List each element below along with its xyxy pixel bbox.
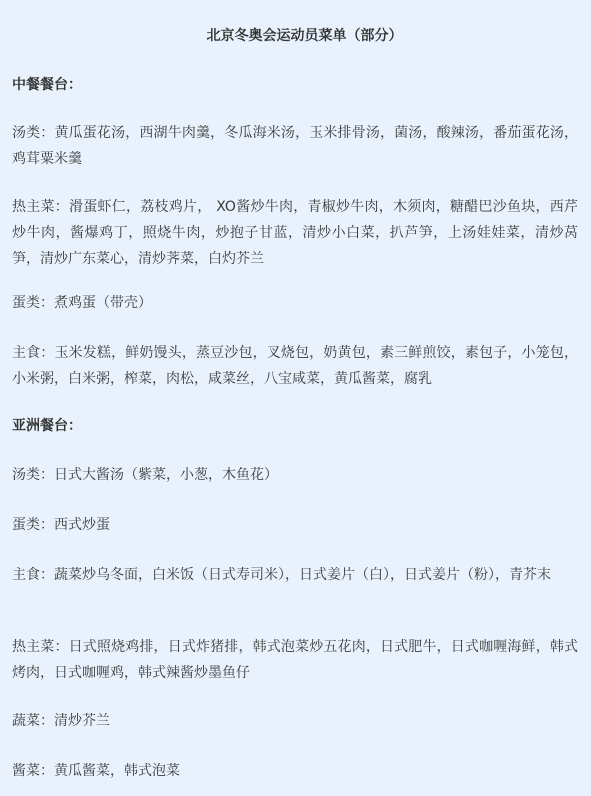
- page-title: 北京冬奥会运动员菜单（部分）: [0, 26, 591, 46]
- menu-item-asian-eggs: 蛋类：西式炒蛋: [12, 512, 578, 538]
- menu-item-asian-pickles: 酱菜：黄瓜酱菜，韩式泡菜: [12, 758, 578, 784]
- menu-item-asian-hot-dishes: 热主菜：日式照烧鸡排，日式炸猪排，韩式泡菜炒五花肉，日式肥牛，日式咖喱海鲜，韩式…: [12, 634, 578, 686]
- menu-item-chinese-staples: 主食：玉米发糕，鲜奶馒头，蒸豆沙包，叉烧包，奶黄包，素三鲜煎饺，素包子，小笼包，…: [12, 340, 578, 392]
- section-heading-asian-buffet: 亚洲餐台：: [12, 416, 82, 436]
- menu-item-chinese-hot-dishes: 热主菜：滑蛋虾仁，荔枝鸡片， XO酱炒牛肉，青椒炒牛肉，木须肉，糖醋巴沙鱼块，西…: [12, 194, 578, 272]
- menu-item-asian-soups: 汤类：日式大酱汤（紫菜，小葱，木鱼花）: [12, 462, 578, 488]
- section-heading-chinese-buffet: 中餐餐台：: [12, 75, 82, 95]
- menu-item-chinese-eggs: 蛋类：煮鸡蛋（带壳）: [12, 290, 578, 316]
- menu-document: 北京冬奥会运动员菜单（部分） 中餐餐台： 汤类：黄瓜蛋花汤，西湖牛肉羹，冬瓜海米…: [0, 0, 591, 796]
- menu-item-asian-staples: 主食：蔬菜炒乌冬面，白米饭（日式寿司米），日式姜片（白），日式姜片（粉），青芥末: [12, 562, 578, 588]
- menu-item-asian-vegetables: 蔬菜：清炒芥兰: [12, 708, 578, 734]
- menu-item-chinese-soups: 汤类：黄瓜蛋花汤，西湖牛肉羹，冬瓜海米汤，玉米排骨汤，菌汤，酸辣汤，番茄蛋花汤，…: [12, 120, 578, 172]
